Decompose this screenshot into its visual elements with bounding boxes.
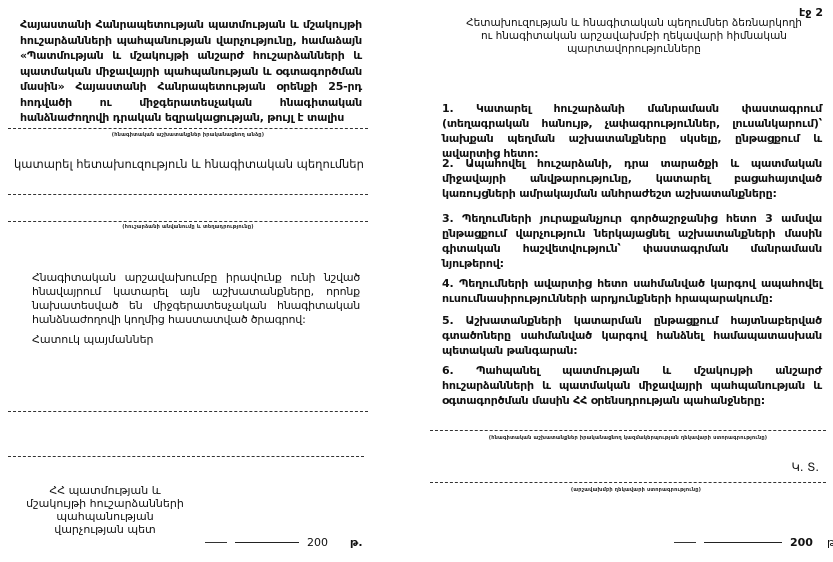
obligation-number: 4. — [442, 277, 453, 290]
obligation-number: 5. — [442, 314, 453, 327]
obligation-text: Պեղումների յուրաքանչյուր գործաշրջանից հե… — [442, 212, 822, 270]
obligation-text: Պեղումների ավարտից հետո սահմանված կարգով… — [442, 277, 822, 305]
seal-label: Կ. Տ. — [792, 460, 820, 474]
permission-paragraph: Հնագիտական արշավախումբը իրավունք ունի նշ… — [32, 271, 360, 327]
signature-line — [8, 128, 368, 129]
obligation-item: 1. Կատարել հուշարձանի մանրամասն փաստագրո… — [442, 101, 822, 161]
date-line: 200 թ. — [674, 536, 833, 549]
signature-line — [430, 482, 826, 483]
intro-paragraph: Հայաստանի Հանրապետության պատմության և մշ… — [20, 17, 362, 126]
blank-line — [8, 456, 364, 457]
signature-line — [430, 430, 826, 431]
obligation-text: Աշխատանքների կատարման ընթացքում հայտնաբե… — [442, 314, 822, 357]
left-page: Հայաստանի Հանրապետության պատմության և մշ… — [0, 0, 416, 562]
signatory-title: ՀՀ պատմության և մշակույթի հուշարձանների … — [20, 484, 190, 536]
obligation-item: 3. Պեղումների յուրաքանչյուր գործաշրջանից… — [442, 211, 822, 271]
obligation-text: Կատարել հուշարձանի մանրամասն փաստագրում … — [442, 102, 822, 160]
obligation-item: 6. Պահպանել պատմության և մշակույթի անշար… — [442, 363, 822, 408]
obligation-item: 4. Պեղումների ավարտից հետո սահմանված կար… — [442, 276, 822, 306]
obligation-number: 2. — [442, 157, 453, 170]
date-suffix: թ. — [827, 536, 833, 549]
blank-line — [8, 411, 368, 412]
date-day-blank — [674, 542, 696, 543]
date-line: 200 թ. — [205, 536, 363, 549]
obligation-item: 2. Ապահովել հուշարձանի, դրա տարածքի և պա… — [442, 156, 822, 201]
obligations-heading: Հետախուզության և հնագիտական պեղումներ ձե… — [464, 17, 804, 56]
blank-line — [8, 194, 368, 195]
date-day-blank — [205, 542, 227, 543]
special-conditions-label: Հատուկ պայմաններ — [32, 333, 154, 346]
date-suffix: թ. — [350, 536, 363, 549]
field-task: կատարել հետախուզություն և հնագիտական պեղ… — [14, 157, 364, 171]
caption-performer: (հնագիտական աշխատանքներ իրականացնող անձը… — [8, 132, 368, 138]
right-page: էջ 2 Հետախուզության և հնագիտական պեղումն… — [416, 0, 833, 562]
blank-line — [8, 221, 368, 222]
obligation-text: Պահպանել պատմության և մշակույթի անշարժ հ… — [442, 364, 822, 407]
obligation-number: 3. — [442, 212, 453, 225]
date-year: 200 — [307, 536, 328, 549]
date-year: 200 — [790, 536, 813, 549]
obligation-number: 1. — [442, 102, 453, 115]
obligation-text: Ապահովել հուշարձանի, դրա տարածքի և պատմա… — [442, 157, 822, 200]
obligation-number: 6. — [442, 364, 453, 377]
obligation-item: 5. Աշխատանքների կատարման ընթացքում հայտն… — [442, 313, 822, 358]
date-month-blank — [235, 542, 299, 543]
caption-organization-signature: (հնագիտական աշխատանքներ իրականացնող կազմ… — [430, 435, 826, 441]
date-month-blank — [704, 542, 782, 543]
caption-expedition-head-signature: (արշավախմբի ղեկավարի ստորագրությունը) — [516, 487, 756, 493]
caption-monument: (հուշարձանի անվանումը և տեղադրությունը) — [8, 224, 368, 230]
